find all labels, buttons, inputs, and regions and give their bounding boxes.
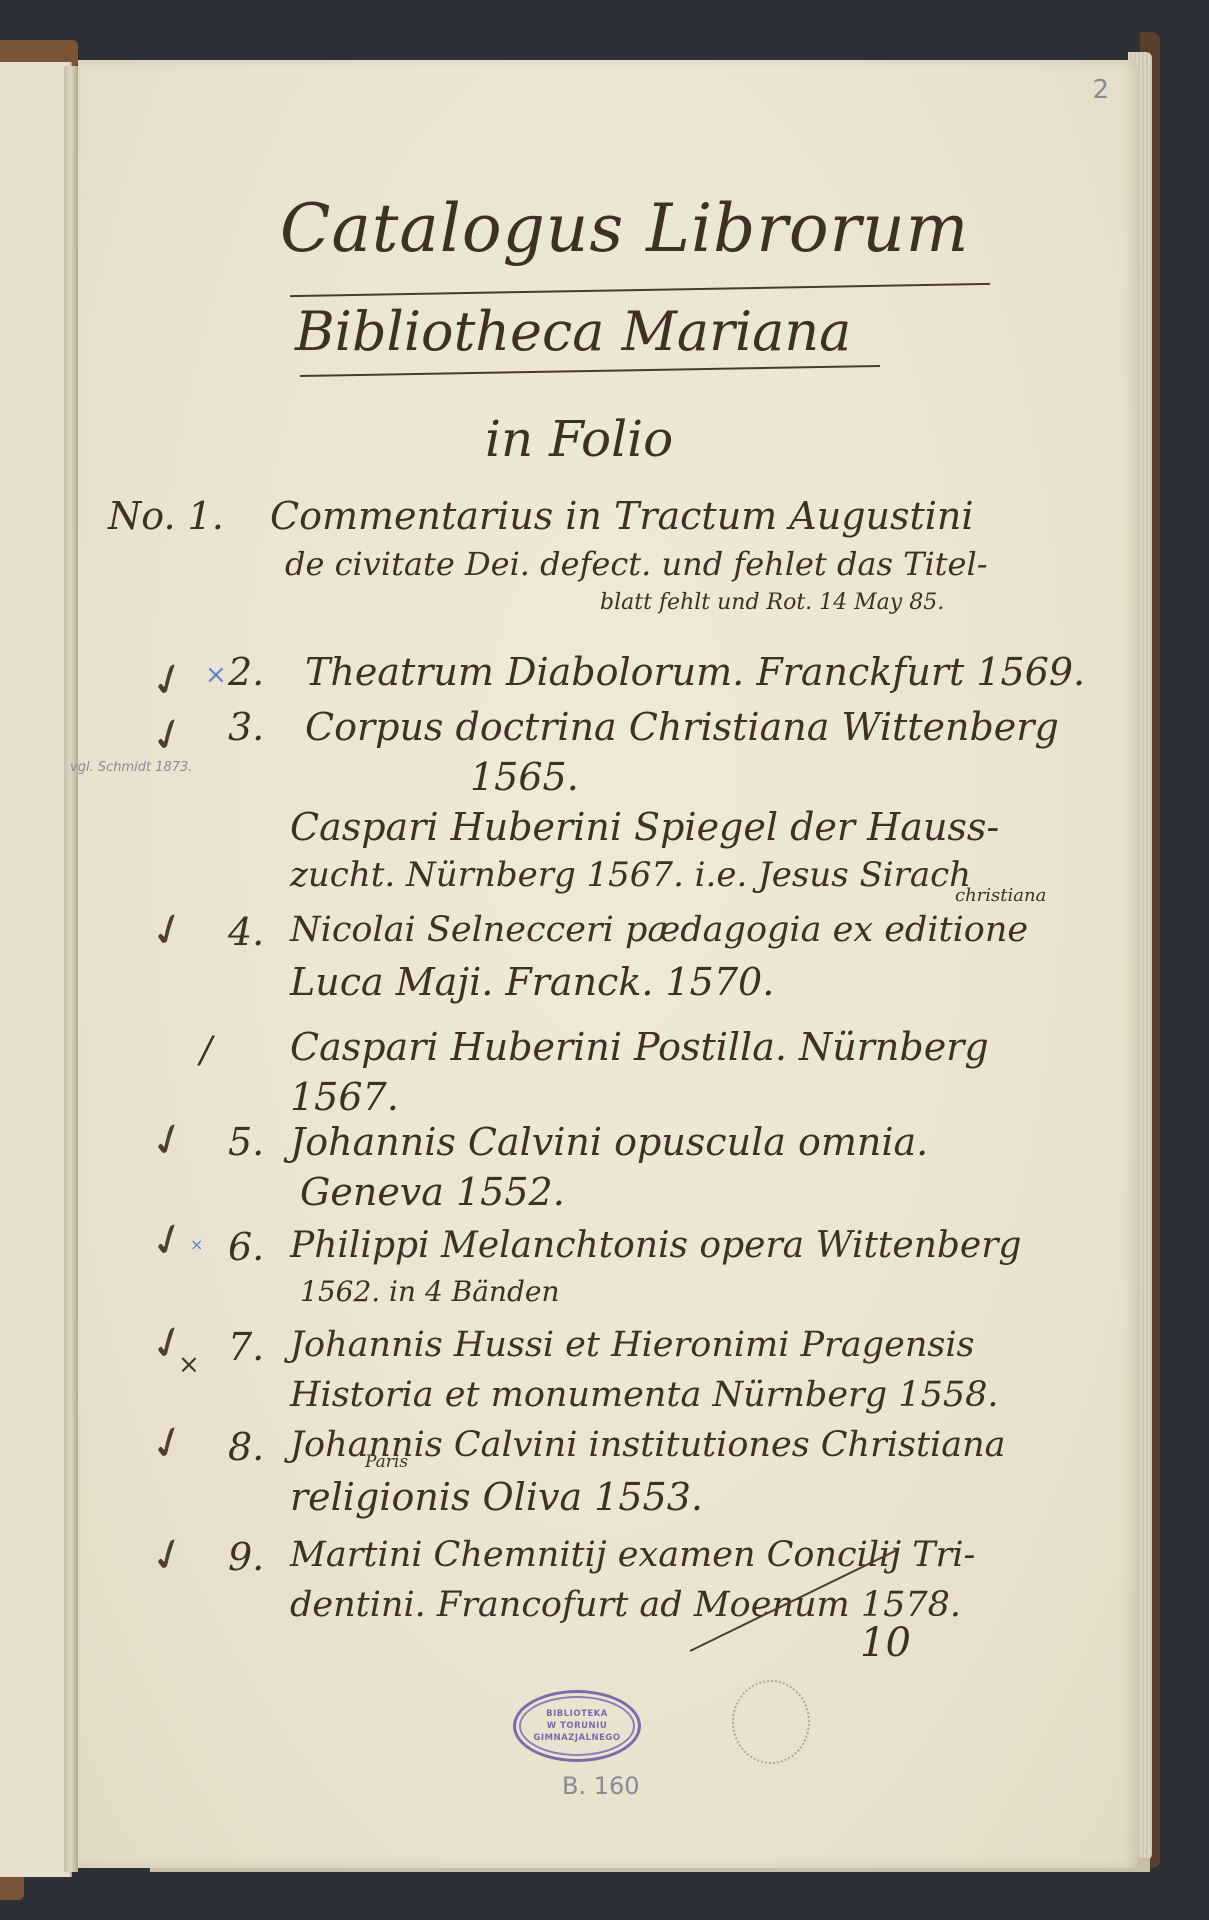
entry-line: 1565. (470, 755, 579, 799)
entry-number: 5. (228, 1120, 264, 1164)
entry-line: 1567. (290, 1075, 399, 1119)
faded-stamp (732, 1680, 810, 1764)
entry-line: Caspari Huberini Postilla. Nürnberg (290, 1025, 989, 1069)
entry-line: Philippi Melanchtonis opera Wittenberg (290, 1225, 1021, 1266)
cross-mark-icon: × (178, 1350, 200, 1380)
binding-gutter (64, 66, 78, 1872)
entry-line: Luca Maji. Franck. 1570. (290, 960, 774, 1004)
entry-line: Nicolai Selnecceri pædagogia ex editione (290, 910, 1028, 950)
entry-number: 2. (228, 650, 264, 694)
entry-line: Historia et monumenta Nürnberg 1558. (290, 1375, 999, 1415)
entry-number: 8. (228, 1425, 264, 1469)
entry-number: No. 1. (108, 494, 224, 538)
pencil-margin-note: vgl. Schmidt 1873. (70, 760, 192, 775)
entry-line: Martini Chemnitij examen Concilij Tri- (290, 1535, 975, 1575)
entry-line: dentini. Francofurt ad Moenum 1578. (290, 1585, 961, 1625)
entry-line: Caspari Huberini Spiegel der Hauss- (290, 805, 999, 849)
entry-line: Theatrum Diabolorum. Franckfurt 1569. (305, 650, 1085, 694)
entry-line: Johannis Hussi et Hieronimi Pragensis (290, 1325, 974, 1365)
facing-page (0, 62, 72, 1877)
entry-line: Corpus doctrina Christiana Wittenberg (305, 705, 1059, 749)
entry-line: Commentarius in Tractum Augustini (270, 494, 974, 538)
entry-number: 4. (228, 910, 264, 954)
stamp-line: GIMNAZJALNEGO (533, 1732, 620, 1744)
entry-line: zucht. Nürnberg 1567. i.e. Jesus Sirach (290, 855, 971, 895)
entry-line: Geneva 1552. (300, 1170, 565, 1214)
total-count: 10 (860, 1620, 911, 1666)
heading-catalogus: Catalogus Librorum (280, 190, 969, 267)
entry-number: 6. (228, 1225, 264, 1269)
margin-stroke: / (200, 1030, 212, 1071)
stamp-line: W TORUNIU (547, 1720, 608, 1732)
heading-bibliotheca: Bibliotheca Mariana (295, 300, 851, 363)
entry-number: 3. (228, 705, 264, 749)
library-stamp: BIBLIOTEKA W TORUNIU GIMNAZJALNEGO (513, 1690, 641, 1762)
entry-line: 1562. in 4 Bänden (300, 1275, 560, 1308)
stamp-line: BIBLIOTEKA (546, 1708, 608, 1720)
entry-line: religionis Oliva 1553. (290, 1475, 703, 1519)
entry-line: de civitate Dei. defect. und fehlet das … (285, 545, 988, 583)
entry-line: Johannis Calvini opuscula omnia. (290, 1120, 928, 1164)
blue-cross-mark-icon: × (190, 1235, 203, 1254)
insertion-note: christiana (955, 885, 1046, 906)
heading-in-folio: in Folio (485, 410, 673, 468)
insertion-note: Paris (365, 1452, 408, 1472)
entry-note: blatt fehlt und Rot. 14 May 85. (600, 590, 944, 615)
shelfmark: B. 160 (562, 1772, 640, 1800)
entry-number: 9. (228, 1535, 264, 1579)
entry-number: 7. (228, 1325, 264, 1369)
blue-cross-mark-icon: × (205, 660, 227, 690)
page-number: 2 (1092, 75, 1109, 105)
